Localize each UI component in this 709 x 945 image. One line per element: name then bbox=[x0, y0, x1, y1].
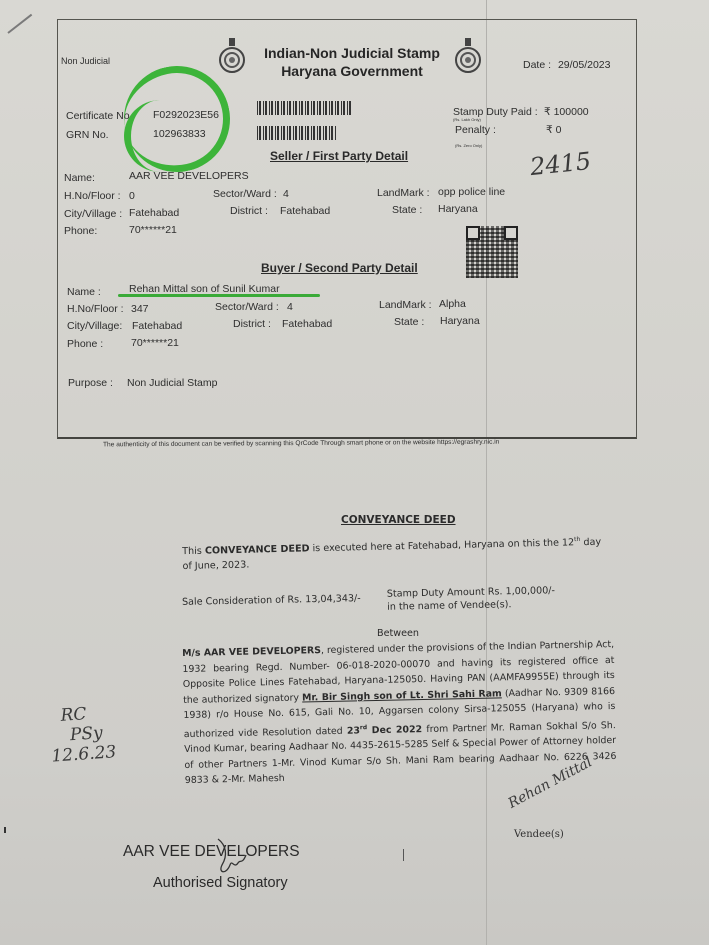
buyer-city-value: Fatehabad bbox=[132, 320, 182, 332]
deed-title: CONVEYANCE DEED bbox=[341, 514, 456, 526]
stray-mark bbox=[4, 827, 6, 833]
pen-mark bbox=[7, 14, 32, 34]
buyer-name-label: Name : bbox=[67, 286, 101, 298]
party-paragraph: M/s AAR VEE DEVELOPERS, registered under… bbox=[182, 637, 617, 789]
authenticity-note: The authenticity of this document can be… bbox=[103, 439, 499, 449]
seller-landmark-label: LandMark : bbox=[377, 187, 430, 199]
deed-intro-pre: This bbox=[182, 546, 205, 558]
barcode bbox=[257, 101, 352, 115]
seller-name-value: AAR VEE DEVELOPERS bbox=[129, 170, 249, 182]
buyer-sector-label: Sector/Ward : bbox=[215, 301, 279, 313]
green-highlight-underline bbox=[118, 294, 320, 297]
resolution-date: 23 bbox=[347, 725, 360, 736]
buyer-landmark-label: LandMark : bbox=[379, 299, 432, 311]
date-value: 29/05/2023 bbox=[558, 59, 611, 71]
vendee-label: Vendee(s) bbox=[514, 829, 564, 840]
margin-handwritten-note: RC PSy 12.6.23 bbox=[60, 702, 117, 766]
stamp-title-line1: Indian-Non Judicial Stamp bbox=[252, 44, 452, 62]
stamp-duty-amount-line2: in the name of Vendee(s). bbox=[387, 597, 555, 614]
authorised-signatory-label: Authorised Signatory bbox=[153, 875, 288, 891]
buyer-phone-value: 70******21 bbox=[131, 337, 179, 349]
buyer-hno-value: 347 bbox=[131, 303, 149, 315]
seller-state-label: State : bbox=[392, 204, 422, 216]
between-label: Between bbox=[377, 628, 419, 639]
deed-intro: This CONVEYANCE DEED is executed here at… bbox=[182, 531, 613, 574]
seller-state-value: Haryana bbox=[438, 203, 478, 215]
seller-sector-label: Sector/Ward : bbox=[213, 188, 277, 200]
buyer-phone-label: Phone : bbox=[67, 338, 103, 350]
seller-city-label: City/Village : bbox=[64, 208, 122, 220]
penalty-sub: (Rs. Zero Only) bbox=[455, 143, 482, 148]
buyer-heading: Buyer / Second Party Detail bbox=[261, 261, 418, 275]
stray-mark bbox=[403, 849, 404, 861]
date-label: Date : bbox=[523, 59, 551, 71]
penalty-label: Penalty : bbox=[455, 124, 496, 136]
buyer-hno-label: H.No/Floor : bbox=[67, 303, 124, 315]
seller-hno-label: H.No/Floor : bbox=[64, 190, 121, 202]
deed-intro-bold: CONVEYANCE DEED bbox=[205, 543, 310, 556]
seller-phone-label: Phone: bbox=[64, 225, 97, 237]
seller-name-label: Name: bbox=[64, 172, 95, 184]
party-name: M/s AAR VEE DEVELOPERS bbox=[182, 645, 321, 659]
sale-consideration: Sale Consideration of Rs. 13,04,343/- bbox=[182, 593, 361, 608]
date-field: Date : 29/05/2023 bbox=[523, 59, 611, 71]
penalty-value: ₹ 0 bbox=[546, 124, 561, 136]
grn-label: GRN No. bbox=[66, 129, 109, 141]
certificate-label: Certificate No. bbox=[66, 110, 133, 122]
stamp-duty-value: ₹ 100000 bbox=[544, 106, 589, 118]
stamp-title: Indian-Non Judicial Stamp Haryana Govern… bbox=[252, 44, 452, 80]
seller-landmark-value: opp police line bbox=[438, 186, 505, 198]
margin-note-line3: 12.6.23 bbox=[51, 742, 117, 766]
seller-district-label: District : bbox=[230, 205, 268, 217]
seller-district-value: Fatehabad bbox=[280, 205, 330, 217]
state-emblem-icon bbox=[453, 38, 483, 74]
buyer-state-label: State : bbox=[394, 316, 424, 328]
verification-qr-code[interactable] bbox=[466, 226, 518, 278]
deed-intro-text: is executed here at Fatehabad, Haryana o… bbox=[309, 537, 574, 554]
barcode bbox=[257, 126, 337, 140]
seller-phone-value: 70******21 bbox=[129, 224, 177, 236]
resolution-date-rest: Dec 2022 bbox=[367, 724, 422, 736]
seller-sector-value: 4 bbox=[283, 188, 289, 200]
seller-heading: Seller / First Party Detail bbox=[270, 149, 408, 163]
purpose-label: Purpose : bbox=[68, 377, 113, 389]
buyer-district-value: Fatehabad bbox=[282, 318, 332, 330]
purpose-value: Non Judicial Stamp bbox=[127, 377, 217, 389]
stamp-duty-amount: Stamp Duty Amount Rs. 1,00,000/- in the … bbox=[387, 584, 556, 614]
signatory-name: Mr. Bir Singh son of Lt. Shri Sahi Ram bbox=[302, 688, 502, 703]
buyer-district-label: District : bbox=[233, 318, 271, 330]
stamp-duty-sub: (Rs. Lakh Only) bbox=[453, 117, 481, 122]
non-judicial-label: Non Judicial bbox=[61, 56, 110, 66]
seller-hno-value: 0 bbox=[129, 190, 135, 202]
stamp-title-line2: Haryana Government bbox=[252, 62, 452, 80]
buyer-state-value: Haryana bbox=[440, 315, 480, 327]
state-emblem-icon bbox=[217, 38, 247, 74]
buyer-sector-value: 4 bbox=[287, 301, 293, 313]
seller-city-value: Fatehabad bbox=[129, 207, 179, 219]
buyer-city-label: City/Village: bbox=[67, 320, 122, 332]
buyer-landmark-value: Alpha bbox=[439, 298, 466, 310]
